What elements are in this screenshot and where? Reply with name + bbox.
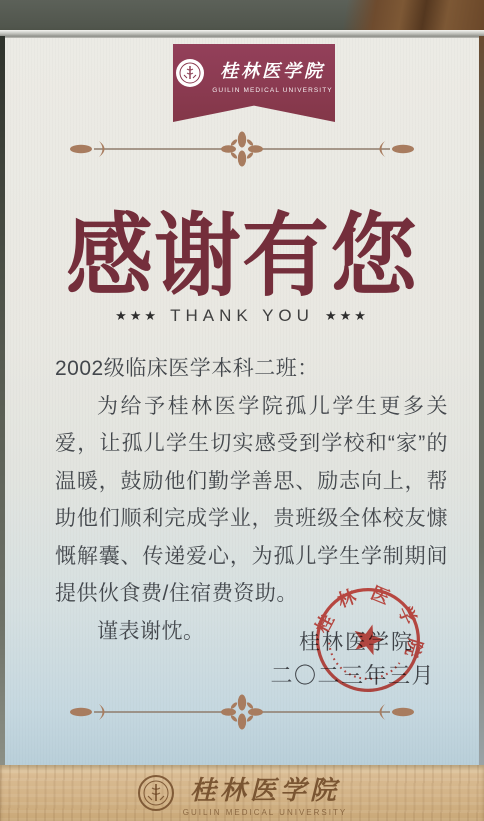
base-university-name-en: GUILIN MEDICAL UNIVERSITY [183,808,347,817]
ornament-divider-bottom [66,694,418,730]
base-university-name-cn: 桂林医学院 [190,770,340,807]
table-wood-corner [324,0,484,33]
ornament-divider-top [66,131,418,167]
wooden-stand-base: 桂林医学院 GUILIN MEDICAL UNIVERSITY [0,765,484,821]
official-seal-stamp: 桂林医学院 [311,583,425,697]
banner-university-name-en: GUILIN MEDICAL UNIVERSITY [212,87,332,94]
banner-university-name-cn: 桂林医学院 [220,57,325,83]
frame-right-edge [479,36,484,765]
seal-star-icon [350,620,388,657]
base-logo-icon [137,774,175,812]
letter-salutation: 2002级临床医学本科二班： [55,350,448,388]
svg-text:桂林医学院: 桂林医学院 [311,583,425,671]
frame-left-edge [0,36,5,765]
subtitle-row: ★★★ THANK YOU ★★★ [0,306,484,326]
stars-left-icon: ★★★ [115,308,159,324]
university-logo-icon [175,58,205,88]
title-thanks-cn: 感谢有您 [0,207,484,307]
seal-ring-text: 桂林医学院 [311,583,425,671]
stars-right-icon: ★★★ [325,308,369,324]
base-text-block: 桂林医学院 GUILIN MEDICAL UNIVERSITY [183,770,347,817]
letter-paragraph: 为给予桂林医学院孤儿学生更多关爱，让孤儿学生切实感受到学校和“家”的温暖，鼓励他… [55,388,448,613]
certificate-photo: 桂林医学院 GUILIN MEDICAL UNIVERSITY 感谢有您 ★★★… [0,0,484,821]
banner-text-block: 桂林医学院 GUILIN MEDICAL UNIVERSITY [212,57,332,94]
seal-serial-marks [322,643,399,688]
subtitle-thank-you: THANK YOU [170,306,314,326]
